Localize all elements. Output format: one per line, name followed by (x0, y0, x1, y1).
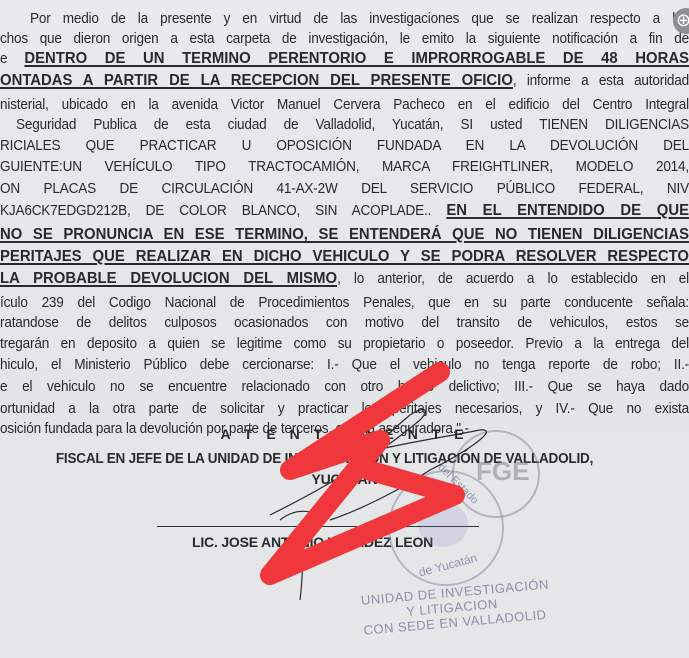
document-page: Por medio de la presente y en virtud de … (0, 0, 689, 658)
annotation-overlay (0, 0, 689, 658)
red-cross-mark (270, 372, 455, 575)
